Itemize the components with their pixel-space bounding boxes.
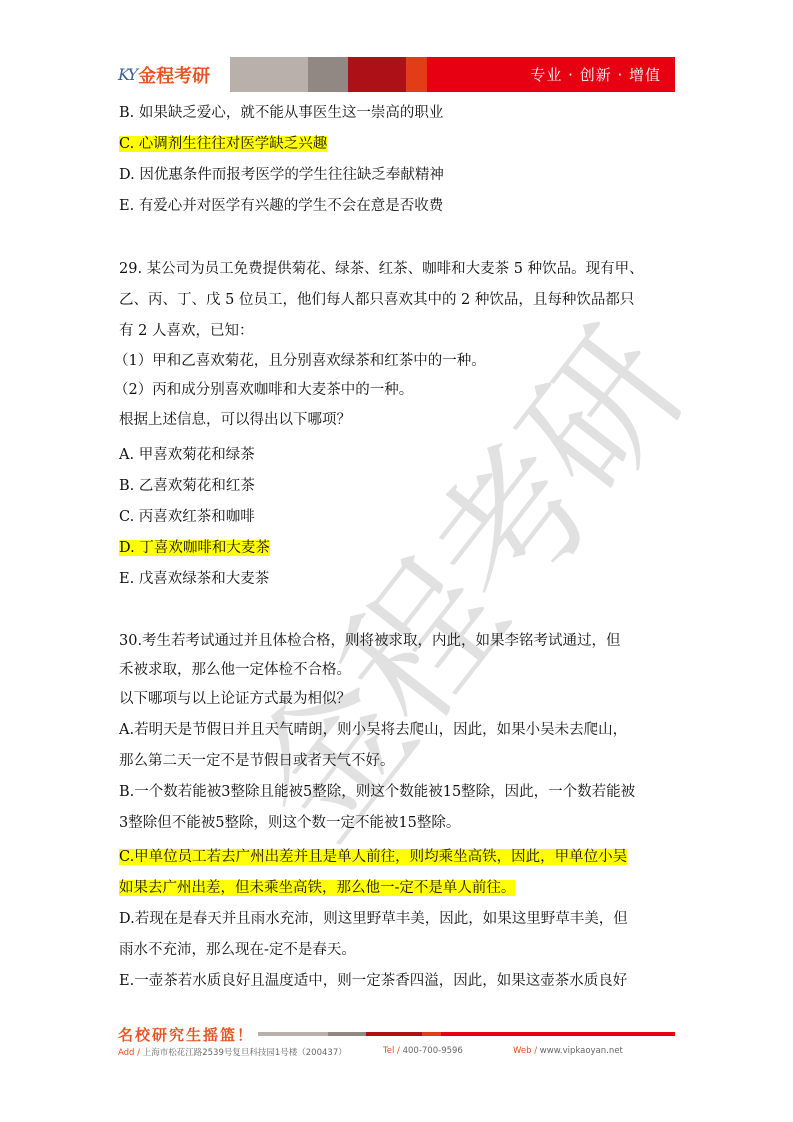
logo-text: 金程考研 (138, 62, 210, 88)
footer-address: Add / 上海市松花江路2539号复旦科技园1号楼（200437） (118, 1046, 383, 1058)
question-29-stem: 乙、丙、丁、戊 5 位员工，他们每人都只喜欢其中的 2 种饮品，且每种饮品都只 (119, 289, 634, 311)
footer-bar-segment (366, 1032, 422, 1036)
question-29-stem: 29. 某公司为员工免费提供菊花、绿茶、红茶、咖啡和大麦茶 5 种饮品。现有甲、 (119, 258, 644, 280)
option-line: D. 因优惠条件而报考医学的学生往往缺乏奉献精神 (119, 164, 444, 186)
option-line: 雨水不充沛，那么现在-定不是春天。 (119, 939, 356, 961)
question-30-prompt: 以下哪项与以上论证方式最为相似？ (119, 688, 351, 710)
logo-mark-icon: KY (118, 65, 136, 84)
footer-phone: Tel / 400-700-9596 (383, 1046, 513, 1058)
footer-bar-segment (441, 1032, 675, 1036)
option-line: 3整除但不能被5整除，则这个数一定不能被15整除。 (119, 812, 460, 834)
condition-line: （1）甲和乙喜欢菊花，且分别喜欢绿茶和红茶中的一种。 (114, 350, 486, 372)
footer: 名校研究生摇篮！ Add / 上海市松花江路2539号复旦科技园1号楼（2004… (118, 1025, 675, 1058)
header-bar-segment (230, 57, 308, 92)
option-line: B. 乙喜欢菊花和红茶 (119, 475, 255, 497)
header-banner: KY 金程考研 专业 · 创新 · 增值 (118, 57, 675, 92)
footer-website: Web / www.vipkaoyan.net (513, 1046, 623, 1058)
footer-bar-segment (328, 1032, 366, 1036)
header-bar-segment (406, 57, 427, 92)
option-line: 那么第二天一定不是节假日或者天气不好。 (119, 750, 395, 772)
footer-slogan: 名校研究生摇篮！ (118, 1024, 254, 1045)
header-bar-segment (348, 57, 406, 92)
option-line: A. 甲喜欢菊花和绿茶 (119, 444, 255, 466)
option-line: A.若明天是节假日并且天气晴朗，则小吴将去爬山，因此，如果小吴未去爬山， (119, 719, 627, 741)
option-line: B. 如果缺乏爱心，就不能从事医生这一崇高的职业 (119, 102, 443, 124)
header-slogan: 专业 · 创新 · 增值 (530, 64, 661, 85)
option-line-highlighted: 如果去广州出差，但未乘坐高铁，那么他一-定不是单人前往。 (119, 877, 515, 899)
option-line: B.一个数若能被3整除且能被5整除，则这个数能被15整除，因此，一个数若能被 (119, 781, 635, 803)
question-30-stem: 30.考生若考试通过并且体检合格，则将被求取，内此，如果李铭考试通过，但 (119, 630, 621, 652)
option-line: E. 有爱心并对医学有兴趣的学生不会在意是否收费 (119, 195, 443, 217)
footer-bar-segment (258, 1032, 328, 1036)
document-page: KY 金程考研 专业 · 创新 · 增值 金程考研 B. 如果缺乏爱心，就不能从… (0, 0, 793, 1122)
option-line-highlighted: C. 心调剂生往往对医学缺乏兴趣 (119, 133, 327, 155)
option-line: D.若现在是春天并且雨水充沛，则这里野草丰美，因此，如果这里野草丰美，但 (119, 908, 628, 930)
question-29-prompt: 根据上述信息，可以得出以下哪项？ (119, 409, 351, 431)
option-line-highlighted: D. 丁喜欢咖啡和大麦茶 (119, 537, 270, 559)
option-line: E. 戊喜欢绿茶和大麦茶 (119, 568, 269, 590)
question-30-stem: 禾被求取，那么他一定体检不合格。 (119, 659, 351, 681)
logo: KY 金程考研 (118, 57, 230, 92)
option-line: E.一壶茶若水质良好且温度适中，则一定茶香四溢，因此，如果这壶茶水质良好 (119, 970, 627, 992)
option-line-highlighted: C.甲单位员工若去广州出差并且是单人前往，则均乘坐高铁，因此，甲单位小吴 (119, 846, 627, 868)
footer-bar-segment (422, 1032, 441, 1036)
question-29-stem: 有 2 人喜欢，已知： (119, 320, 253, 342)
header-bar-segment: 专业 · 创新 · 增值 (427, 57, 675, 92)
header-bar-segment (308, 57, 348, 92)
condition-line: （2）丙和成分别喜欢咖啡和大麦茶中的一种。 (114, 379, 413, 401)
option-line: C. 丙喜欢红茶和咖啡 (119, 506, 255, 528)
